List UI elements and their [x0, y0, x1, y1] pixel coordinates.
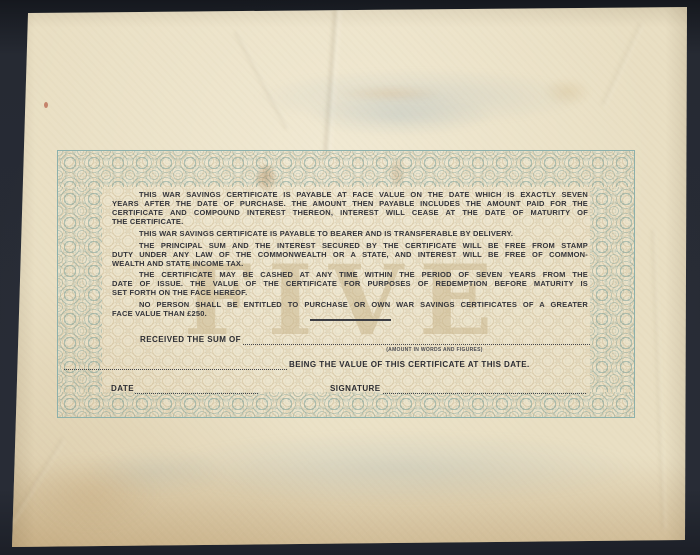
received-sum-fill-line	[243, 336, 590, 345]
being-value-label: BEING THE VALUE OF THIS CERTIFICATE AT T…	[289, 360, 530, 370]
guilloche-border-right	[590, 187, 634, 392]
legal-line: DATE OF ISSUE. THE VALUE OF THE CERTIFIC…	[112, 279, 588, 288]
certificate-paper: FIVE THIS WAR SAVINGS CERTIFICATE IS PAY…	[0, 0, 700, 555]
legal-paragraph: THE CERTIFICATE MAY BE CASHED AT ANY TIM…	[112, 270, 588, 297]
legal-line: FACE VALUE THAN £250.	[112, 309, 588, 318]
separator-rule	[310, 319, 391, 321]
date-signature-row: DATE SIGNATURE	[111, 384, 586, 394]
guilloche-border-top	[58, 151, 634, 187]
date-label: DATE	[111, 384, 134, 394]
legal-paragraph: THIS WAR SAVINGS CERTIFICATE IS PAYABLE …	[112, 229, 588, 238]
stain	[44, 102, 48, 108]
legal-line: SET FORTH ON THE FACE HEREOF.	[112, 288, 588, 297]
stain	[338, 85, 443, 102]
legal-paragraph: THE PRINCIPAL SUM AND THE INTEREST SECUR…	[112, 241, 588, 268]
paper-crease	[0, 437, 67, 543]
received-sum-label: RECEIVED THE SUM OF	[140, 335, 241, 345]
amount-fill-line	[64, 361, 287, 370]
ink-showthrough	[250, 68, 590, 126]
stain	[28, 455, 158, 530]
legal-text: THIS WAR SAVINGS CERTIFICATE IS PAYABLE …	[112, 190, 588, 318]
signature-fill-line	[383, 385, 586, 394]
legal-line: YEARS AFTER THE DATE OF PURCHASE. THE AM…	[112, 199, 588, 208]
amount-caption: (AMOUNT IN WORDS AND FIGURES)	[366, 347, 503, 353]
paper-crease	[599, 22, 645, 107]
legal-line: THE PRINCIPAL SUM AND THE INTEREST SECUR…	[112, 241, 588, 250]
signature-label: SIGNATURE	[330, 384, 381, 394]
ink-showthrough	[305, 95, 495, 137]
stain	[543, 78, 591, 106]
legal-line: NO PERSON SHALL BE ENTITLED TO PURCHASE …	[112, 300, 588, 309]
date-fill-line	[135, 385, 258, 394]
legal-line: WEALTH AND STATE INCOME TAX.	[112, 259, 588, 268]
certificate-panel: FIVE THIS WAR SAVINGS CERTIFICATE IS PAY…	[57, 150, 635, 418]
legal-paragraph: THIS WAR SAVINGS CERTIFICATE IS PAYABLE …	[112, 190, 588, 226]
legal-line: CERTIFICATE AND COMPOUND INTEREST THEREO…	[112, 208, 588, 217]
legal-line: THE CERTIFICATE.	[112, 217, 588, 226]
ink-showthrough	[160, 432, 640, 504]
spacer	[258, 393, 330, 394]
being-value-row: BEING THE VALUE OF THIS CERTIFICATE AT T…	[64, 360, 590, 370]
legal-line: DUTY UNDER ANY LAW OF THE COMMONWEALTH O…	[112, 250, 588, 259]
paper-crease	[233, 30, 292, 131]
legal-paragraph: NO PERSON SHALL BE ENTITLED TO PURCHASE …	[112, 300, 588, 318]
guilloche-border-bottom	[58, 392, 634, 417]
legal-line: THIS WAR SAVINGS CERTIFICATE IS PAYABLE …	[112, 229, 588, 238]
legal-line: THIS WAR SAVINGS CERTIFICATE IS PAYABLE …	[112, 190, 588, 199]
ink-showthrough	[85, 448, 225, 496]
paper-crease	[650, 230, 668, 530]
received-sum-row: RECEIVED THE SUM OF	[140, 335, 590, 345]
paper-crease	[321, 0, 343, 159]
photo-background: FIVE THIS WAR SAVINGS CERTIFICATE IS PAY…	[0, 0, 700, 555]
legal-line: THE CERTIFICATE MAY BE CASHED AT ANY TIM…	[112, 270, 588, 279]
